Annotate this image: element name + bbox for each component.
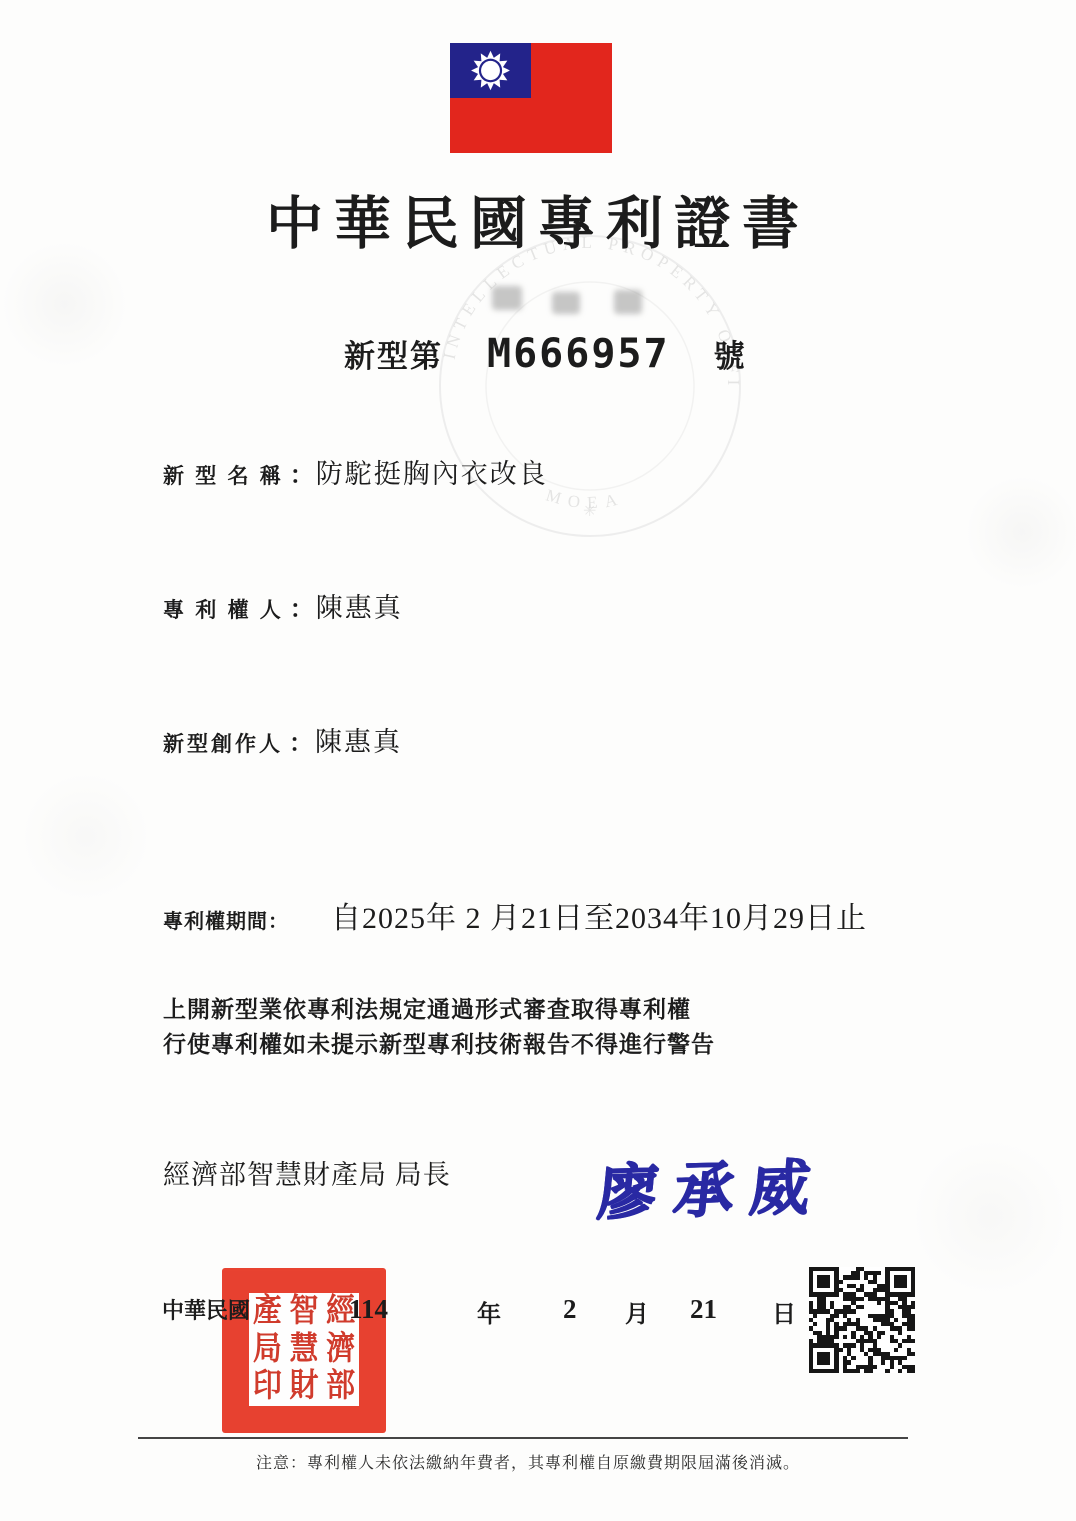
legal-statement-line2: 行使專利權如未提示新型專利技術報告不得進行警告 [163, 1027, 715, 1062]
seal-char: 智 [286, 1291, 323, 1333]
seal-char: 部 [322, 1366, 359, 1408]
field-value: 陳惠真 [316, 586, 403, 625]
issuer-title: 經濟部智慧財產局 局長 [163, 1153, 451, 1192]
watermark-blob [492, 286, 522, 310]
patent-term-label: 專利權期間： [163, 905, 289, 934]
seal-char: 慧 [286, 1328, 323, 1370]
date-month: 2 [563, 1294, 577, 1325]
seal-char: 濟 [322, 1328, 359, 1370]
footer-note: 注意：專利權人未依法繳納年費者，其專利權自原繳費期限屆滿後消滅。 [0, 1450, 1056, 1473]
watermark-flower-icon: ✳ [583, 503, 596, 520]
seal-char: 財 [286, 1366, 323, 1408]
legal-statement-line1: 上開新型業依專利法規定通過形式審查取得專利權 [163, 992, 715, 1027]
date-year-unit: 年 [477, 1294, 501, 1329]
field-value: 防駝挺胸內衣改良 [316, 452, 548, 491]
field-row-patentee: 專 利 權 人 ： 陳惠真 [163, 586, 403, 625]
seal-char: 產 [249, 1291, 286, 1333]
field-value: 陳惠真 [315, 720, 402, 759]
field-label: 新型創作人 [163, 728, 283, 758]
date-era: 中華民國 [162, 1294, 250, 1325]
patent-number-prefix: 新型第 [344, 331, 443, 376]
patent-number-row: 新型第 M666957 號 [344, 331, 747, 377]
field-row-patent-term: 專利權期間： 自2025年 2 月21日至2034年10月29日止 [163, 893, 867, 937]
patent-number-suffix: 號 [714, 331, 747, 376]
watermark-blob [552, 292, 580, 314]
field-label: 新 型 名 稱 [163, 460, 284, 490]
legal-statement: 上開新型業依專利法規定通過形式審查取得專利權 行使專利權如未提示新型專利技術報告… [163, 992, 715, 1062]
watermark-arc-bottom-text: MOEA [544, 486, 627, 513]
date-day: 21 [690, 1294, 717, 1325]
field-row-utility-model-name: 新 型 名 稱 ： 防駝挺胸內衣改良 [163, 452, 548, 491]
field-separator: ： [290, 455, 314, 490]
certificate-title: 中華民國專利證書 [0, 178, 1076, 260]
taiwan-flag-icon [450, 43, 612, 153]
director-general-signature: 廖承威 [594, 1138, 862, 1231]
watermark-blob [614, 290, 642, 314]
field-separator: ： [290, 589, 314, 624]
seal-char: 印 [249, 1366, 286, 1408]
field-label: 專 利 權 人 [163, 594, 284, 624]
patent-term-value: 自2025年 2 月21日至2034年10月29日止 [331, 893, 867, 937]
date-month-unit: 月 [625, 1294, 649, 1329]
qr-code [809, 1267, 915, 1373]
patent-number-value: M666957 [487, 331, 670, 377]
field-row-creator: 新型創作人 ： 陳惠真 [163, 720, 402, 759]
date-year: 114 [349, 1294, 388, 1325]
agency-seal-characters: 產 智 經 局 慧 濟 印 財 部 [249, 1293, 359, 1406]
svg-text:MOEA: MOEA [544, 486, 627, 513]
patent-certificate-page: INTELLECTUAL PROPERTY OFFICE MOEA ✳ 中華民國… [0, 0, 1076, 1521]
field-separator: ： [289, 723, 313, 758]
seal-char: 局 [249, 1328, 286, 1370]
footer-divider-line [138, 1437, 908, 1439]
date-day-unit: 日 [772, 1294, 796, 1329]
office-watermark-seal: INTELLECTUAL PROPERTY OFFICE MOEA ✳ [428, 224, 752, 548]
agency-seal-stamp: 產 智 經 局 慧 濟 印 財 部 [222, 1268, 386, 1433]
